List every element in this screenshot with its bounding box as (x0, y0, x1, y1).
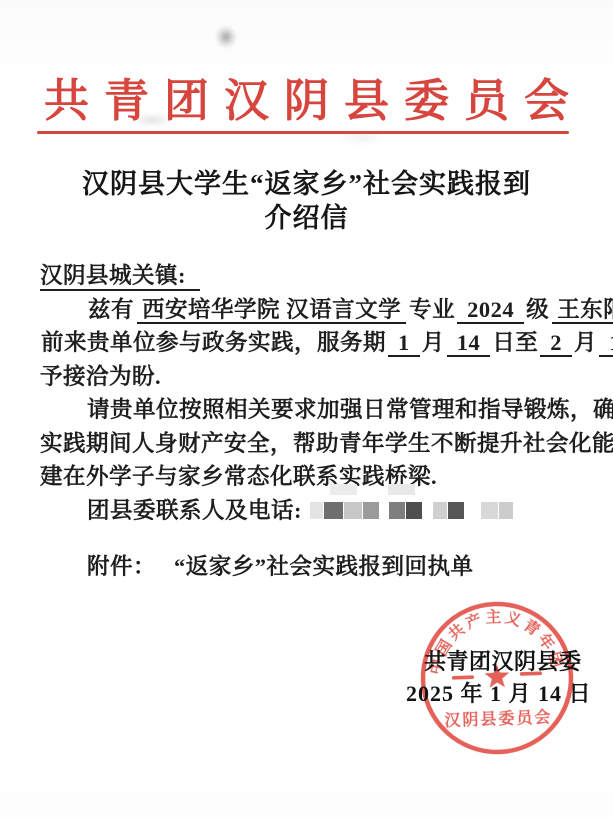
text-segment: 前来贵单位参与政务实践，服务期 (41, 330, 386, 355)
body-line-6: 建在外学子与家乡常态化联系实践桥梁. (40, 460, 575, 494)
filled-blank-student-name: 王东阳 (552, 297, 613, 324)
text-segment: 专业 (409, 297, 455, 322)
redaction-block (344, 502, 362, 519)
smudge-mark (330, 126, 394, 148)
attachment-title: “返家乡”社会实践报到回执单 (174, 554, 474, 579)
letterhead-org-name: 共青团汉阴县委员会 (0, 64, 613, 129)
filled-blank-grade: 2024 (457, 297, 524, 324)
redaction-block (363, 502, 379, 519)
attachment-label: 附件： (87, 554, 156, 579)
recipient-name: 汉阴县城关镇: (40, 263, 200, 291)
redaction-block (406, 502, 422, 519)
redaction-block (389, 502, 405, 519)
letter-page: 共青团汉阴县委员会 汉阴县大学生“返家乡”社会实践报到 介绍信 汉阴县城关镇: … (0, 0, 613, 817)
document-title: 汉阴县大学生“返家乡”社会实践报到 介绍信 (0, 167, 613, 235)
salutation-line: 汉阴县城关镇: (40, 259, 575, 293)
redaction-block (310, 502, 323, 519)
redaction-block (324, 502, 343, 519)
body-line-2: 前来贵单位参与政务实践，服务期1月14日至2月15日，请 (40, 326, 575, 360)
redaction-block (388, 484, 415, 495)
redaction-block (481, 502, 498, 519)
stamp-inner-text: 汉阴县委员会 (444, 707, 553, 730)
contact-label: 团县委联系人及电话: (87, 498, 302, 523)
text-segment: 级 (526, 297, 549, 322)
document-title-line2: 介绍信 (0, 201, 613, 235)
smudge-mark (210, 20, 242, 54)
redaction-block (448, 502, 464, 519)
filled-blank-school-major: 西安培华学院 汉语言文学 (137, 297, 406, 324)
text-segment: 月 (422, 330, 445, 355)
letter-body: 汉阴县城关镇: 兹有西安培华学院 汉语言文学专业2024级王东阳同学 前来贵单位… (40, 259, 575, 584)
body-line-5: 实践期间人身财产安全，帮助青年学生不断提升社会化能力，搭 (40, 427, 575, 461)
redaction-block (433, 502, 447, 519)
contact-line: 团县委联系人及电话: (40, 494, 575, 528)
filled-blank-end-month: 2 (540, 330, 572, 357)
text-segment: 日至 (492, 330, 538, 355)
text-segment: 月 (574, 330, 597, 355)
signature-org-name: 共青团汉阴县委 (424, 645, 582, 676)
signature-date: 2025 年 1 月 14 日 (406, 677, 592, 708)
body-line-4: 请贵单位按照相关要求加强日常管理和指导锻炼，确保学生 (40, 393, 575, 427)
filled-blank-end-day: 15 (599, 330, 613, 357)
letterhead-divider (37, 131, 569, 134)
redaction-block (499, 502, 513, 519)
document-title-line1: 汉阴县大学生“返家乡”社会实践报到 (0, 167, 613, 201)
redaction-block (330, 484, 357, 495)
text-segment: 兹有 (88, 297, 134, 322)
redacted-contact-info (310, 501, 514, 519)
attachment-line: 附件：“返家乡”社会实践报到回执单 (40, 550, 575, 584)
body-line-1: 兹有西安培华学院 汉语言文学专业2024级王东阳同学 (40, 293, 575, 327)
filled-blank-start-month: 1 (388, 330, 420, 357)
body-line-3: 予接洽为盼. (40, 360, 575, 394)
filled-blank-start-day: 14 (447, 330, 491, 357)
